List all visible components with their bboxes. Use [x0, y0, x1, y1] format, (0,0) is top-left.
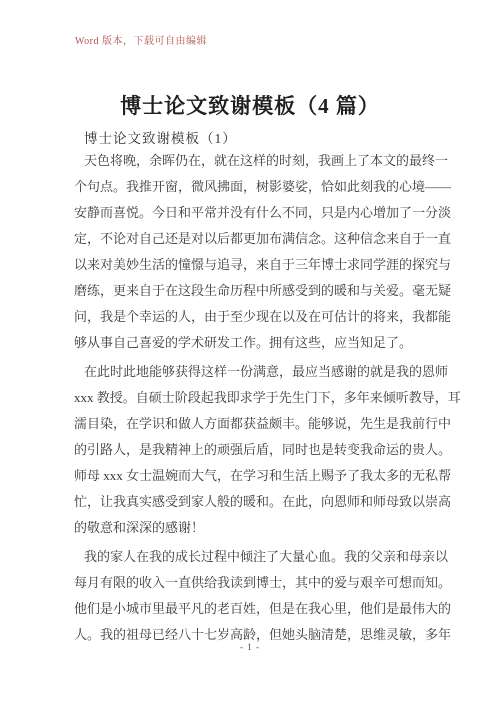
text-line: 天色将晚，余晖仍在，就在这样的时刻，我画上了本文的最终一: [74, 148, 438, 174]
page-number: - 1 -: [0, 642, 500, 652]
paragraphs: 天色将晚，余晖仍在，就在这样的时刻，我画上了本文的最终一个句点。我推开窗，微风拂…: [74, 148, 438, 651]
text-line: 濡目染，在学识和做人方面都获益颇丰。能够说，先生是我前行中: [74, 411, 438, 437]
paragraph: 在此时此地能够获得这样一份满意，最应当感谢的就是我的恩师xxx 教授。自硕士阶段…: [74, 359, 438, 541]
text-line: 的敬意和深深的感谢！: [74, 515, 438, 541]
text-line: 够从事自己喜爱的学术研发工作。拥有这些，应当知足了。: [74, 330, 438, 356]
text-line: 问，我是个幸运的人，由于至少现在以及在可估计的将来，我都能: [74, 304, 438, 330]
text-line: 师母 xxx 女士温婉而大气，在学习和生活上赐予了我太多的无私帮: [74, 463, 438, 489]
text-line: xxx 教授。自硕士阶段起我即求学于先生门下，多年来倾听教导，耳: [74, 385, 438, 411]
text-line: 忙，让我真实感受到家人般的暖和。在此，向恩师和师母致以崇高: [74, 489, 438, 515]
section-subtitle: 博士论文致谢模板（1）: [84, 127, 237, 147]
text-line: 磨练，更来自于在这段生命历程中所感受到的暖和与关爱。毫无疑: [74, 278, 438, 304]
text-line: 以来对美妙生活的憧憬与追寻，来自于三年博士求同学涯的探究与: [74, 252, 438, 278]
paragraph: 我的家人在我的成长过程中倾注了大量心血。我的父亲和母亲以每月有限的收入一直供给我…: [74, 544, 438, 648]
text-line: 安静而喜悦。今日和平常并没有什么不同，只是内心增加了一分淡: [74, 200, 438, 226]
text-line: 定，不论对自己还是对以后都更加布满信念。这种信念来自于一直: [74, 226, 438, 252]
text-line: 我的家人在我的成长过程中倾注了大量心血。我的父亲和母亲以: [74, 544, 438, 570]
text-line: 个句点。我推开窗，微风拂面，树影婆娑，恰如此刻我的心境——: [74, 174, 438, 200]
document-page: Word 版本，下载可自由编辑 博士论文致谢模板（4 篇） 博士论文致谢模板（1…: [0, 0, 500, 707]
paragraph: 天色将晚，余晖仍在，就在这样的时刻，我画上了本文的最终一个句点。我推开窗，微风拂…: [74, 148, 438, 356]
document-title: 博士论文致谢模板（4 篇）: [0, 90, 500, 120]
edit-notice-header: Word 版本，下载可自由编辑: [75, 32, 207, 47]
text-line: 他们是小城市里最平凡的老百姓，但是在我心里，他们是最伟大的: [74, 596, 438, 622]
text-line: 在此时此地能够获得这样一份满意，最应当感谢的就是我的恩师: [74, 359, 438, 385]
text-line: 的引路人，是我精神上的顽强后盾，同时也是转变我命运的贵人。: [74, 437, 438, 463]
text-line: 每月有限的收入一直供给我读到博士，其中的爱与艰辛可想而知。: [74, 570, 438, 596]
